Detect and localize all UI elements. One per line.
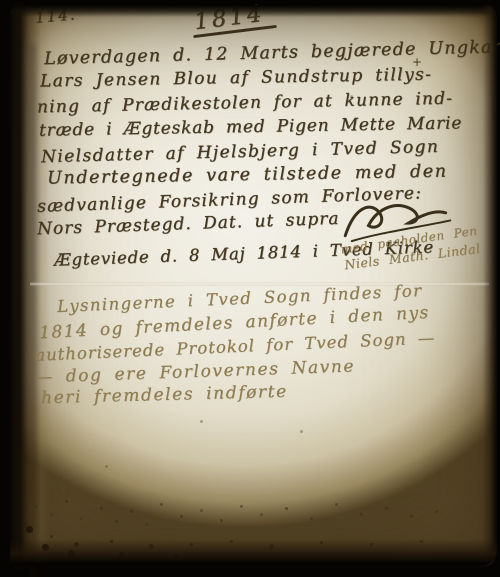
photo-vignette-right bbox=[483, 5, 497, 567]
photo-vignette-top bbox=[10, 5, 497, 17]
record-line: ning af Prædikestolen for at kunne ind- bbox=[37, 89, 453, 118]
insertion-mark: + bbox=[412, 55, 422, 69]
record-line: Lars Jensen Blou af Sundstrup tillys- bbox=[40, 65, 433, 92]
manuscript-page: 114. 1814 Løverdagen d. 12 Marts begjære… bbox=[10, 5, 497, 567]
record-line: træde i Ægteskab med Pigen Mette Marie bbox=[39, 113, 462, 140]
photo-vignette-bottom bbox=[10, 539, 497, 567]
binding-crease bbox=[17, 5, 21, 567]
manuscript-photo: 114. 1814 Løverdagen d. 12 Marts begjære… bbox=[0, 0, 500, 577]
